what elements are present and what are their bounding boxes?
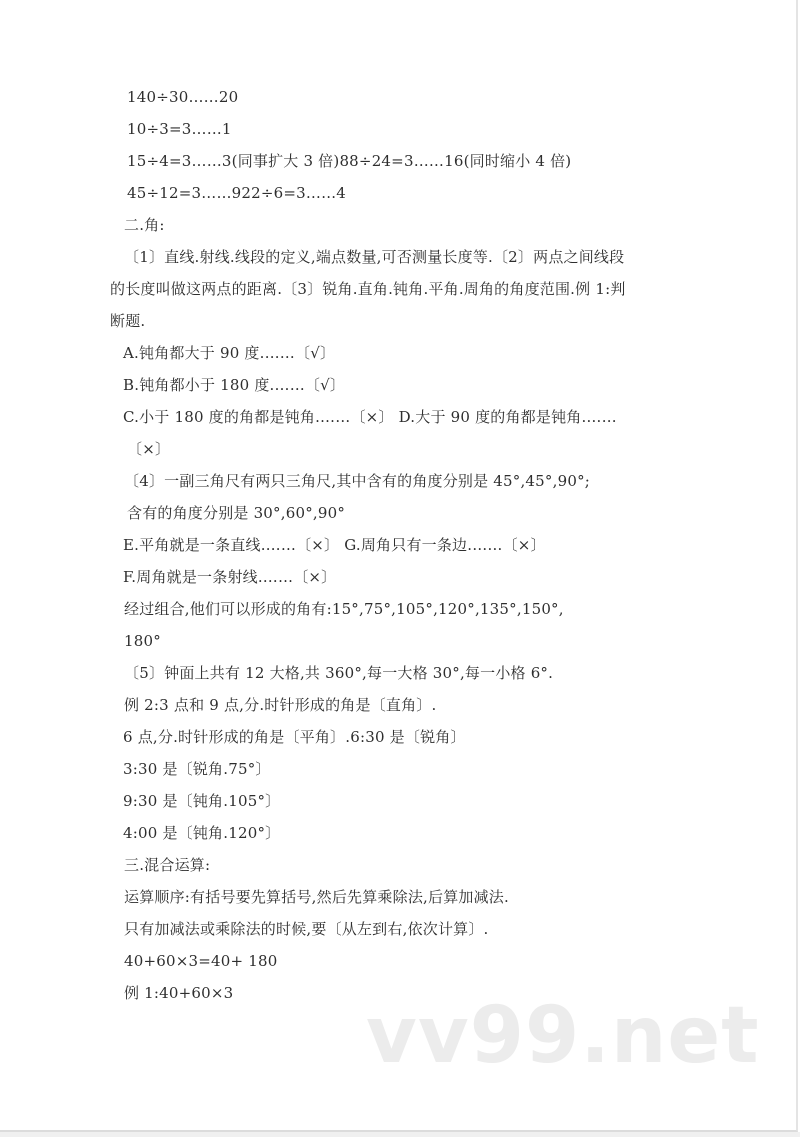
document-page: 140÷30……2010÷3=3……115÷4=3……3(同事扩大 3 倍)88… — [0, 0, 798, 1132]
text-line: 含有的角度分别是 30°,60°,90° — [127, 503, 345, 523]
text-line: 断题. — [110, 311, 145, 331]
text-line: 40+60×3=40+ 180 — [124, 951, 277, 971]
text-line: 三.混合运算: — [124, 855, 210, 875]
text-line: C.小于 180 度的角都是钝角.……〔×〕 D.大于 90 度的角都是钝角.…… — [123, 407, 617, 427]
text-line: 10÷3=3……1 — [127, 119, 232, 139]
text-line: 运算顺序:有括号要先算括号,然后先算乘除法,后算加减法. — [124, 887, 509, 907]
text-line: 〔×〕 — [127, 439, 170, 459]
text-line: A.钝角都大于 90 度.……〔√〕 — [123, 343, 335, 363]
text-line: 15÷4=3……3(同事扩大 3 倍)88÷24=3……16(同时缩小 4 倍) — [127, 151, 571, 171]
text-line: 〔5〕钟面上共有 12 大格,共 360°,每一大格 30°,每一小格 6°. — [124, 663, 553, 683]
page-bottom-shade — [0, 1132, 800, 1137]
text-line: 45÷12=3……922÷6=3……4 — [127, 183, 346, 203]
text-line: 3:30 是〔锐角.75°〕 — [123, 759, 271, 779]
text-line: 6 点,分.时针形成的角是〔平角〕.6:30 是〔锐角〕 — [123, 727, 466, 747]
text-line: 例 2:3 点和 9 点,分.时针形成的角是〔直角〕. — [124, 695, 436, 715]
text-line: 经过组合,他们可以形成的角有:15°,75°,105°,120°,135°,15… — [124, 599, 564, 619]
text-line: 9:30 是〔钝角.105°〕 — [123, 791, 280, 811]
text-line: 140÷30……20 — [127, 87, 238, 107]
text-line: F.周角就是一条射线.……〔×〕 — [123, 567, 336, 587]
text-line: 的长度叫做这两点的距离.〔3〕锐角.直角.钝角.平角.周角的角度范围.例 1:判 — [110, 279, 626, 299]
text-line: 只有加减法或乘除法的时候,要〔从左到右,依次计算〕. — [124, 919, 489, 939]
watermark: vv99.net — [366, 996, 760, 1076]
text-line: B.钝角都小于 180 度.……〔√〕 — [123, 375, 345, 395]
text-line: 〔4〕一副三角尺有两只三角尺,其中含有的角度分别是 45°,45°,90°; — [124, 471, 590, 491]
text-line: 例 1:40+60×3 — [124, 983, 233, 1003]
text-line: 二.角: — [124, 215, 165, 235]
text-line: E.平角就是一条直线.……〔×〕 G.周角只有一条边.……〔×〕 — [123, 535, 546, 555]
text-line: 〔1〕直线.射线.线段的定义,端点数量,可否测量长度等.〔2〕两点之间线段 — [124, 247, 624, 267]
text-line: 180° — [124, 631, 161, 651]
text-line: 4:00 是〔钝角.120°〕 — [123, 823, 280, 843]
